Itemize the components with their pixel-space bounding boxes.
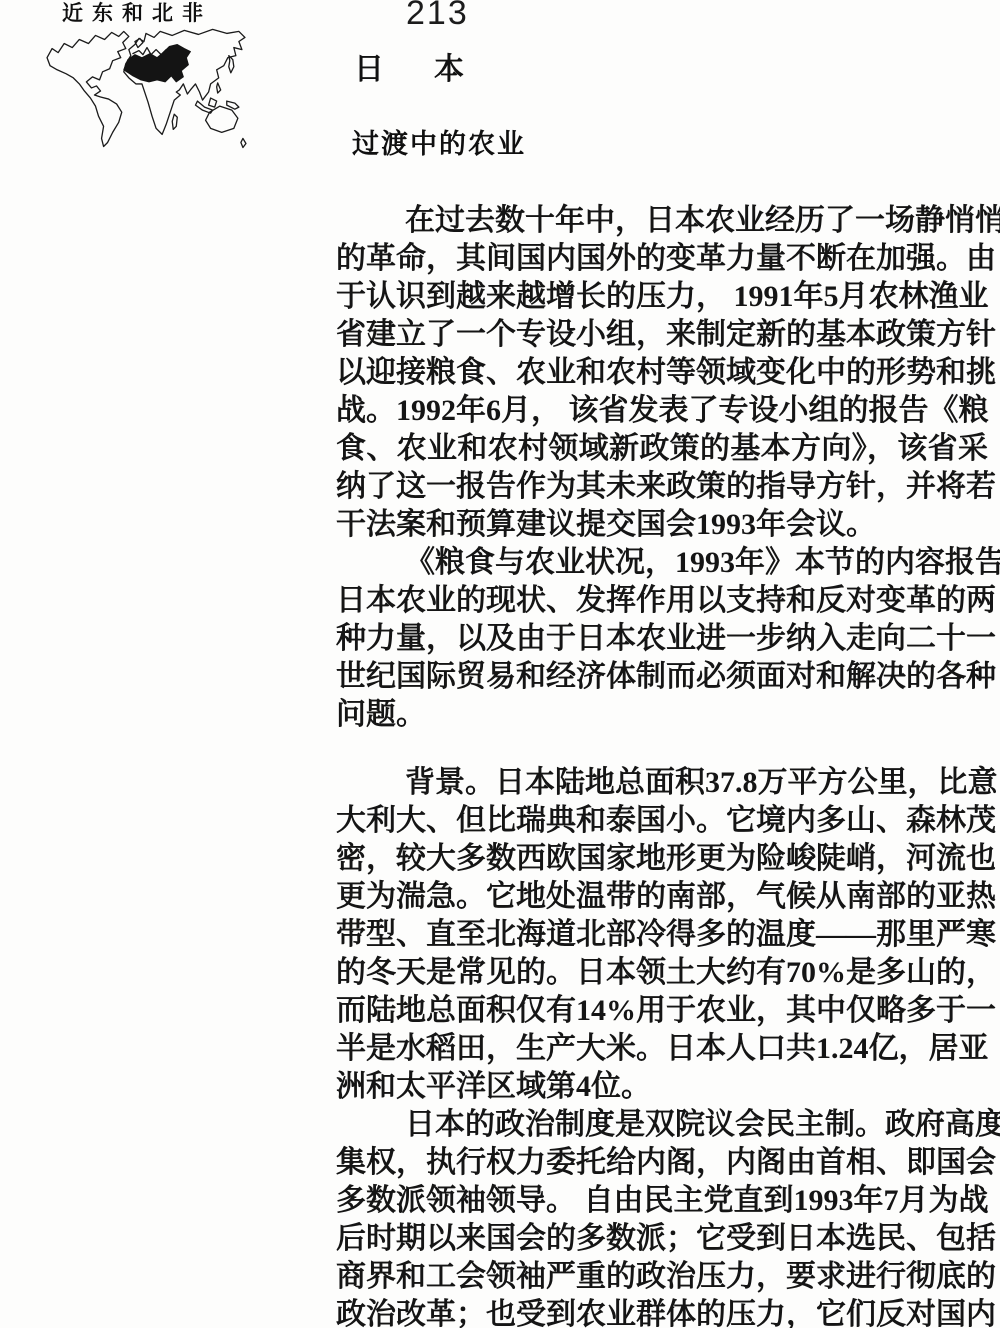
- text-line: 问题。: [336, 696, 988, 734]
- text-line: 洲和太平洋区域第4位。: [336, 1068, 988, 1106]
- text-line: 省建立了一个专设小组，来制定新的基本政策方针: [336, 316, 988, 354]
- text-line: 大利大、但比瑞典和泰国小。它境内多山、森林茂: [336, 802, 988, 840]
- text-line: 食、农业和农村领域新政策的基本方向》，该省采: [336, 430, 988, 468]
- text-line: 政治改革；也受到农业群体的压力，它们反对国内: [336, 1296, 988, 1328]
- text-line: 干法案和预算建议提交国会1993年会议。: [336, 506, 988, 544]
- section-title: 过渡中的农业: [352, 122, 526, 161]
- text-line: 日本农业的现状、发挥作用以支持和反对变革的两: [336, 582, 988, 620]
- text-line: 背景。日本陆地总面积37.8万平方公里，比意: [336, 764, 988, 802]
- paragraph-politics: 日本的政治制度是双院议会民主制。政府高度 集权，执行权力委托给内阁，内阁由首相、…: [336, 1106, 988, 1328]
- paragraph-intro: 在过去数十年中，日本农业经历了一场静悄悄 的革命，其间国内国外的变革力量不断在加…: [336, 202, 988, 544]
- continent-americas-outline: [47, 31, 129, 146]
- page-number: 213: [406, 0, 469, 33]
- scanned-page: 近东和北非 213 日 本 过渡中的农业 在过去数十年中，日本农业经: [0, 0, 1000, 1328]
- text-line: 密，较大多数西欧国家地形更为险峻陡峭，河流也: [336, 840, 988, 878]
- island-madagascar: [172, 114, 177, 129]
- island-britain: [135, 38, 143, 47]
- text-line: 于认识到越来越增长的压力， 1991年5月农林渔业: [336, 278, 988, 316]
- text-line: 战。1992年6月， 该省发表了专设小组的报告《粮: [336, 392, 988, 430]
- continent-eurasia-africa-outline: [124, 29, 245, 134]
- text-line: 纳了这一报告作为其未来政策的指导方针，并将若: [336, 468, 988, 506]
- island-japan: [229, 56, 234, 73]
- island-new-zealand: [241, 138, 246, 147]
- text-line: 商界和工会领袖严重的政治压力，要求进行彻底的: [336, 1258, 988, 1296]
- text-line: 的革命，其间国内国外的变革力量不断在加强。由: [336, 240, 988, 278]
- world-map-near-east-north-africa-icon: [44, 24, 251, 162]
- text-line: 更为湍急。它地处温带的南部，气候从南部的亚热: [336, 878, 988, 916]
- text-line: 的冬天是常见的。日本领土大约有70%是多山的，: [336, 954, 988, 992]
- text-line: 而陆地总面积仅有14%用于农业，其中仅略多于一: [336, 992, 988, 1030]
- text-line: 集权，执行权力委托给内阁，内阁由首相、即国会: [336, 1144, 988, 1182]
- text-line: 世纪国际贸易和经济体制而必须面对和解决的各种: [336, 658, 988, 696]
- text-line: 多数派领袖领导。 自由民主党直到1993年7月为战: [336, 1182, 988, 1220]
- continent-australia-outline: [206, 106, 238, 132]
- text-line: 种力量，以及由于日本农业进一步纳入走向二十一: [336, 620, 988, 658]
- island-borneo: [209, 98, 217, 107]
- text-line: 带型、直至北海道北部冷得多的温度——那里严寒: [336, 916, 988, 954]
- island-new-guinea: [227, 101, 239, 109]
- chapter-title-japan: 日 本: [354, 44, 474, 88]
- text-line: 后时期以来国会的多数派；它受到日本选民、包括: [336, 1220, 988, 1258]
- text-line: 以迎接粮食、农业和农村等领域变化中的形势和挑: [336, 354, 988, 392]
- text-line: 在过去数十年中，日本农业经历了一场静悄悄: [336, 202, 988, 240]
- text-line: 《粮食与农业状况，1993年》本节的内容报告: [336, 544, 988, 582]
- world-map-svg: [44, 24, 251, 162]
- paragraph-background: 背景。日本陆地总面积37.8万平方公里，比意 大利大、但比瑞典和泰国小。它境内多…: [336, 764, 988, 1106]
- text-line: 半是水稻田，生产大米。日本人口共1.24亿，居亚: [336, 1030, 988, 1068]
- body-text-column: 在过去数十年中，日本农业经历了一场静悄悄 的革命，其间国内国外的变革力量不断在加…: [336, 202, 988, 1328]
- island-philippines: [217, 83, 221, 93]
- paragraph-report-scope: 《粮食与农业状况，1993年》本节的内容报告 日本农业的现状、发挥作用以支持和反…: [336, 544, 988, 734]
- map-region-label: 近东和北非: [62, 0, 362, 27]
- text-line: 日本的政治制度是双院议会民主制。政府高度: [336, 1106, 988, 1144]
